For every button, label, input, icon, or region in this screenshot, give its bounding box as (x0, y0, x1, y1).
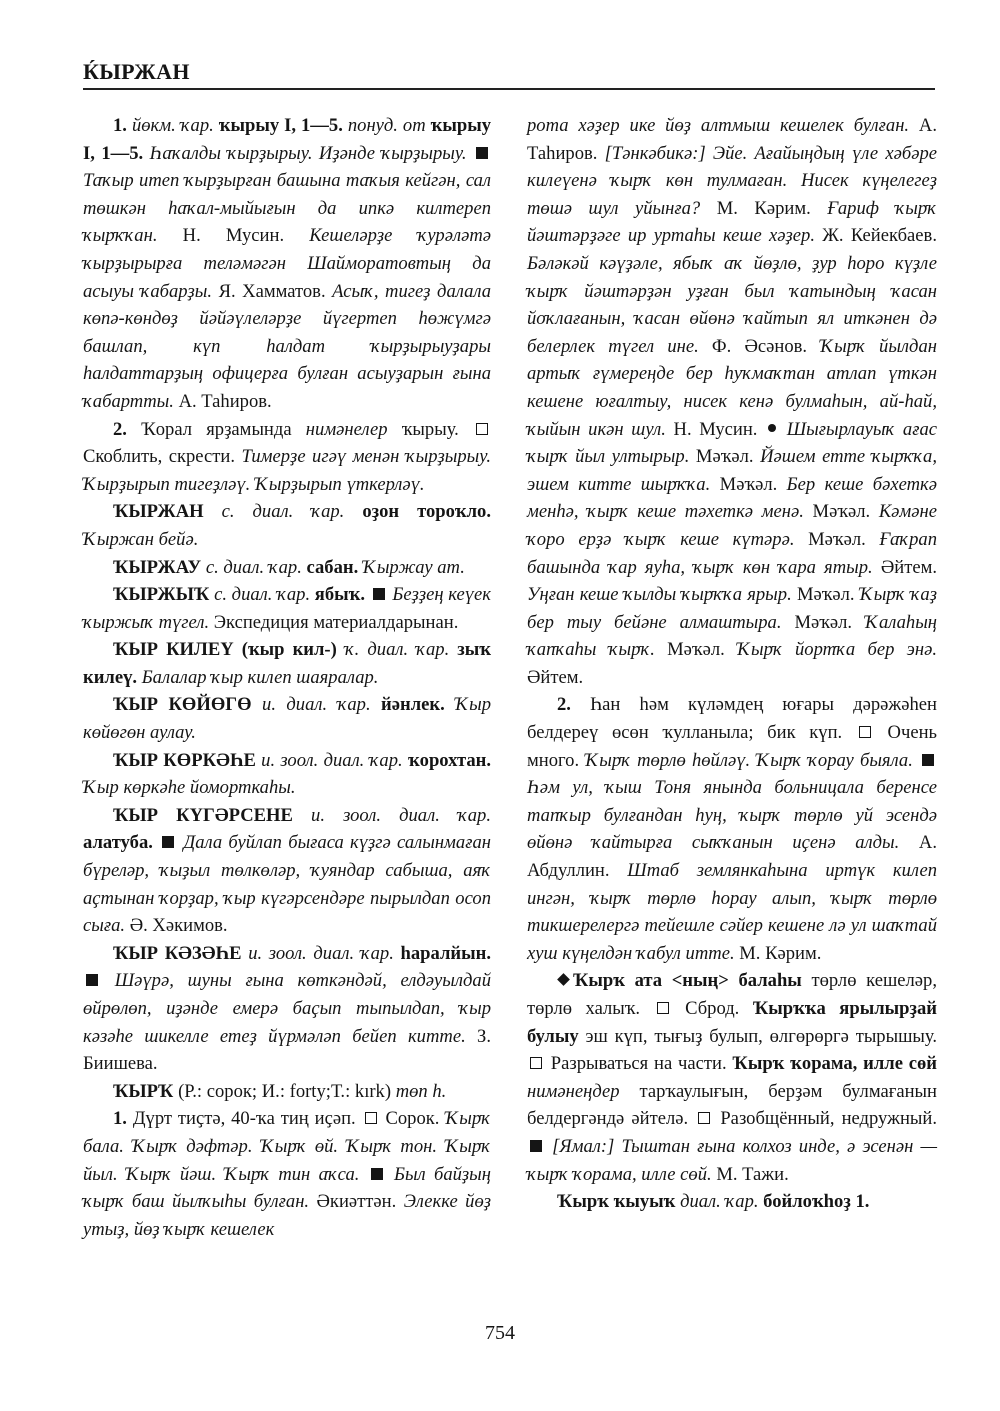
italic-example: Шәүрә, шуны ғына көткәндәй, елдәуылдай ө… (83, 970, 491, 1046)
plain-text: Мәҡәл. (696, 446, 760, 467)
dictionary-entry: Ҡырҡ ҡыуыҡ диал. ҡар. бойлоҡһоҙ 1. (527, 1188, 937, 1216)
entry-sense: 2. Һан һәм күләмдең юғары дәрәжәһен белд… (527, 691, 937, 967)
italic-example: диал. ҡар. (680, 1191, 763, 1212)
italic-example: төп һ. (396, 1081, 447, 1102)
bold-text: сабан. (307, 557, 363, 578)
empty-square-icon (365, 1112, 377, 1124)
italic-example: с. диал. ҡар. (222, 501, 363, 522)
italic-example: и. диал. ҡар. (262, 694, 381, 715)
plain-text: Әйтем. (527, 667, 583, 688)
running-head: ЌЫРЖАН (83, 58, 935, 86)
plain-text: Разобщённый, недружный. (713, 1108, 937, 1129)
bold-text: ҠЫРҠ (113, 1081, 178, 1102)
plain-text: Ф. Әсәнов. (712, 336, 820, 357)
bold-text: йәнлек. (381, 694, 455, 715)
plain-text: Разрываться на части. (545, 1053, 732, 1074)
italic-example: Ҡырҡ йортҡа бер энә. (737, 639, 937, 660)
plain-text: Ж. Кейекбаев. (822, 225, 937, 246)
plain-text: Мәҡәл. (667, 639, 737, 660)
bold-text: ҠЫРЖАУ (113, 557, 206, 578)
bold-text: ҠЫР КӨРКӘҺЕ (113, 750, 261, 771)
filled-square-icon (373, 588, 385, 600)
bold-text: 2. (113, 419, 141, 440)
filled-square-icon (86, 974, 98, 986)
entry-sense: 1. йөкм. ҡар. ҡырыу I, 1—5. понуд. от ҡы… (83, 112, 491, 416)
entry-sense: 1. Дүрт тиҫтә, 40-ҡа тиң иҫәп. Сорок. Ҡы… (83, 1105, 491, 1243)
bold-text: Ҡырҡ ата <ның> балаһы (573, 970, 811, 991)
bold-text: ҠЫР КИЛЕҮ (ҡыр кил-) (113, 639, 345, 660)
plain-text: Н. Мусин. (674, 419, 766, 440)
plain-text: М. Кәрим. (739, 943, 821, 964)
plain-text: (Р.: сорок; И.: forty;Т.: kırk) (178, 1081, 396, 1102)
dictionary-entry: ҠЫР КӘЗӘҺЕ и. зоол. диал. ҡар. һаралйын.… (83, 940, 491, 1078)
empty-square-icon (530, 1057, 542, 1069)
empty-square-icon (657, 1002, 669, 1014)
bold-text: 1. (113, 1108, 133, 1129)
filled-square-icon (922, 754, 934, 766)
plain-text: Мәҡәл. (794, 612, 865, 633)
entry-sense-continued: рота хәҙер ике йөҙ алтмыш кешелек булған… (527, 112, 937, 691)
dictionary-entry: ҠЫРЖАН с. диал. ҡар. оҙон тороҡло. Ҡыржа… (83, 498, 491, 553)
bold-text: 1. (113, 115, 132, 136)
dictionary-columns: 1. йөкм. ҡар. ҡырыу I, 1—5. понуд. от ҡы… (83, 112, 935, 1312)
plain-text: Я. Хамматов. (219, 281, 333, 302)
empty-square-icon (698, 1112, 710, 1124)
empty-square-icon (476, 423, 488, 435)
italic-example: рота хәҙер ике йөҙ алтмыш кешелек булған… (527, 115, 919, 136)
italic-example: Һаҡалды ҡырҙырыу. Иҙәнде ҡырҙырыу. (150, 143, 473, 164)
plain-text: Ҡорал ярҙамында (141, 419, 306, 440)
page-number: 754 (0, 1322, 1000, 1345)
italic-example: Ҡыр көркәһе йоморткаһы. (83, 777, 296, 798)
bold-text: Ҡырҡ ҡыуыҡ (557, 1191, 680, 1212)
dictionary-entry: ҠЫРЖАУ с. диал. ҡар. сабан. Ҡыржау ат. (83, 554, 491, 582)
plain-text: эш күп, тығыҙ булып, өлгөрөргә тырышыу. (585, 1026, 937, 1047)
bold-text: һаралйын. (401, 943, 491, 964)
dictionary-entry: ҠЫРЖЫҠ с. диал. ҡар. ябыҡ. Беҙҙең кеүек … (83, 581, 491, 636)
italic-example: Уңған кеше ҡылды ҡырҡҡа ярыр. (527, 584, 797, 605)
plain-text: Сброд. (672, 998, 753, 1019)
dictionary-entry: ҠЫР КӨРКӘҺЕ и. зоол. диал. ҡар. ҡорохтан… (83, 747, 491, 802)
italic-example: ҡ. диал. ҡар. (345, 639, 457, 660)
italic-example: Һәм ул, ҡыш Тоня янында больницала берен… (527, 777, 937, 853)
bold-text: ҠЫР КҮГӘРСЕНЕ (113, 805, 311, 826)
plain-text: Сорок. (380, 1108, 446, 1129)
plain-text: Экспедиция материалдарынан. (214, 612, 459, 633)
bullet-icon (768, 424, 776, 432)
italic-example: с. диал. ҡар. (214, 584, 315, 605)
italic-example: понуд. от (348, 115, 431, 136)
empty-square-icon (859, 726, 871, 738)
plain-text: Мәҡәл. (808, 529, 879, 550)
plain-text: Н. Мусин. (183, 225, 310, 246)
page-header: ЌЫРЖАН (83, 58, 935, 86)
dictionary-entry-headword: ҠЫРҠ (Р.: сорок; И.: forty;Т.: kırk) төп… (83, 1078, 491, 1106)
plain-text: Мәҡәл. (797, 584, 860, 605)
dictionary-entry: ҠЫР КИЛЕҮ (ҡыр кил-) ҡ. диал. ҡар. зыҡ к… (83, 636, 491, 691)
italic-example: с. диал. ҡар. (206, 557, 307, 578)
italic-example: и. зоол. диал. ҡар. (248, 943, 400, 964)
plain-text: Дүрт тиҫтә, 40-ҡа тиң иҫәп. (133, 1108, 362, 1129)
diamond-icon (557, 974, 570, 987)
bold-text: оҙон тороҡло. (362, 501, 491, 522)
bold-text: ябыҡ. (315, 584, 370, 605)
italic-example: нимәнеңдер (527, 1081, 639, 1102)
bold-text: алатуба. (83, 832, 159, 853)
plain-text: М. Тажи. (716, 1164, 788, 1185)
dictionary-entry: ҠЫР КӨЙӨГӨ и. диал. ҡар. йәнлек. Ҡыр көй… (83, 691, 491, 746)
bold-text: ҠЫР КӘЗӘҺЕ (113, 943, 248, 964)
bold-text: ҡырыу I, 1—5. (219, 115, 348, 136)
plain-text: ҡырыу. (402, 419, 473, 440)
phraseology-block: Ҡырҡ ата <ның> балаһы төрлө кешеләр, төр… (527, 967, 937, 1188)
bold-text: бойлоҡһоҙ 1. (763, 1191, 869, 1212)
plain-text: Әйтем. (881, 557, 937, 578)
filled-square-icon (371, 1168, 383, 1180)
left-column: 1. йөкм. ҡар. ҡырыу I, 1—5. понуд. от ҡы… (83, 112, 491, 1243)
bold-text: Ҡырҡ ҡорама, илле сөй (732, 1053, 937, 1074)
filled-square-icon (162, 836, 174, 848)
plain-text: Әкиәттән. (317, 1191, 404, 1212)
plain-text: М. Кәрим. (717, 198, 828, 219)
bold-text: ҠЫР КӨЙӨГӨ (113, 694, 262, 715)
header-rule (83, 88, 935, 90)
right-column: рота хәҙер ике йөҙ алтмыш кешелек булған… (527, 112, 937, 1216)
plain-text: Мәҡәл. (813, 501, 879, 522)
dictionary-entry: ҠЫР КҮГӘРСЕНЕ и. зоол. диал. ҡар. алатуб… (83, 802, 491, 940)
filled-square-icon (530, 1140, 542, 1152)
bold-text: ҠЫРЖЫҠ (113, 584, 214, 605)
entry-sense: 2. Ҡорал ярҙамында нимәнелер ҡырыу. Скоб… (83, 416, 491, 499)
italic-example: и. зоол. диал. ҡар. (311, 805, 491, 826)
italic-example: и. зоол. диал. ҡар. (261, 750, 408, 771)
bold-text: ҡорохтан. (408, 750, 491, 771)
italic-example: йөкм. ҡар. (132, 115, 219, 136)
italic-example: Ҡыржау ат. (363, 557, 465, 578)
plain-text: А. Таһиров. (179, 391, 272, 412)
plain-text: Мәҡәл. (720, 474, 787, 495)
italic-example: Ҡырҡ төрлө һөйләү. Ҡырҡ ҡорау быяла. (585, 750, 919, 771)
filled-square-icon (476, 147, 488, 159)
italic-example: Ҡыржан бейә. (83, 529, 198, 550)
bold-text: ҠЫРЖАН (113, 501, 222, 522)
italic-example: Балалар ҡыр килеп шаяралар. (142, 667, 379, 688)
plain-text: Скоблить, скрести. (83, 446, 241, 467)
bold-text: 2. (557, 694, 590, 715)
plain-text: Ә. Хәкимов. (130, 915, 228, 936)
italic-example: нимәнелер (306, 419, 402, 440)
